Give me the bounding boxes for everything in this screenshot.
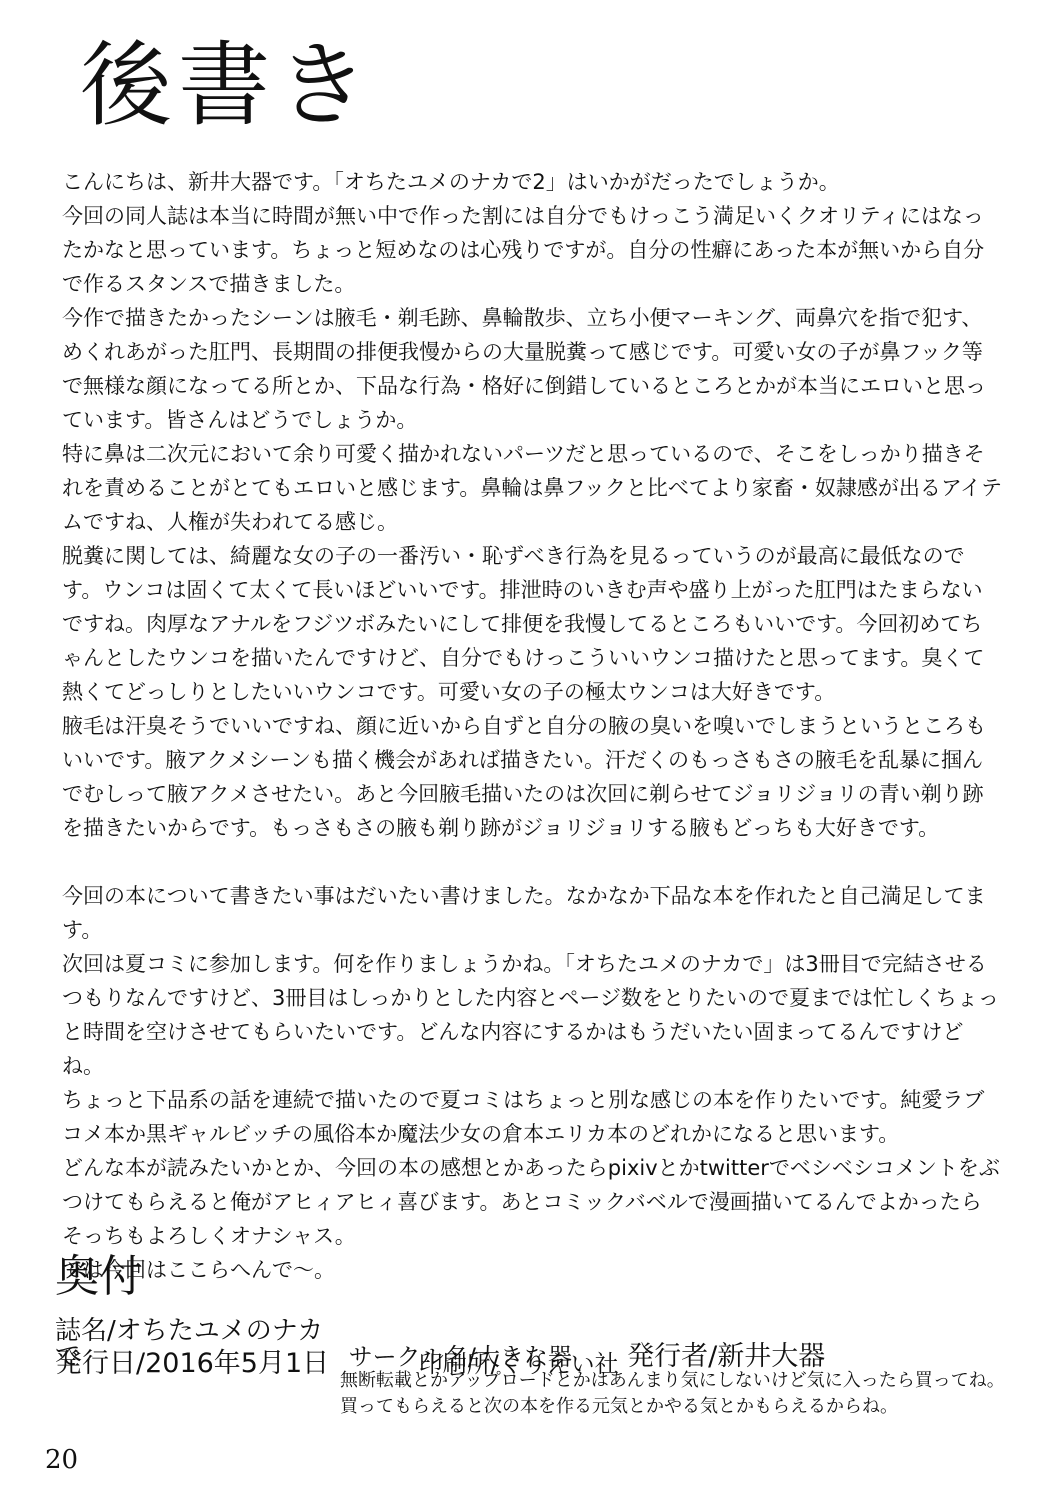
copyright-note: 無断転載とかアップロードとかはあんまり気にしないけど気に入ったら買ってね。 買っ…	[340, 1368, 1005, 1420]
paragraph: 腋毛は汗臭そうでいいですね、顔に近いから自ずと自分の腋の臭いを嗅いでしまうという…	[62, 709, 1002, 845]
colophon-title: 奥付	[55, 1255, 143, 1299]
note-line: 無断転載とかアップロードとかはあんまり気にしないけど気に入ったら買ってね。	[340, 1368, 1005, 1394]
paragraph: ちょっと下品系の話を連続で描いたので夏コミはちょっと別な感じの本を作りたいです。…	[62, 1083, 1002, 1151]
paragraph: 次回は夏コミに参加します。何を作りましょうかね。「オちたユメのナカで」は3冊目で…	[62, 947, 1002, 1083]
paragraph: こんにちは、新井大器です。「オちたユメのナカで2」はいかがだったでしょうか。	[62, 165, 1002, 199]
paragraph-gap	[62, 845, 1002, 879]
paragraph: どんな本が読みたいかとか、今回の本の感想とかあったらpixivとかtwitter…	[62, 1151, 1002, 1253]
paragraph: 特に鼻は二次元において余り可愛く描かれないパーツだと思っているので、そこをしっか…	[62, 437, 1002, 539]
note-line: 買ってもらえると次の本を作る元気とかやる気とかもらえるからね。	[340, 1394, 1005, 1420]
paragraph: 今回の同人誌は本当に時間が無い中で作った割には自分でもけっこう満足いくクオリティ…	[62, 199, 1002, 301]
paragraph: 今回の本について書きたい事はだいたい書けました。なかなか下品な本を作れたと自己満…	[62, 879, 1002, 947]
page-number: 20	[45, 1445, 78, 1475]
page-title: 後書き	[80, 40, 374, 132]
paragraph: では今回はここらへんで〜。	[62, 1253, 1002, 1287]
afterword-body: こんにちは、新井大器です。「オちたユメのナカで2」はいかがだったでしょうか。 今…	[62, 165, 1002, 1287]
publisher: 発行者/新井大器	[627, 1343, 825, 1370]
paragraph: 脱糞に関しては、綺麗な女の子の一番汚い・恥ずべき行為を見るっていうのが最高に最低…	[62, 539, 1002, 709]
paragraph: 今作で描きたかったシーンは腋毛・剃毛跡、鼻輪散歩、立ち小便マーキング、両鼻穴を指…	[62, 301, 1002, 437]
